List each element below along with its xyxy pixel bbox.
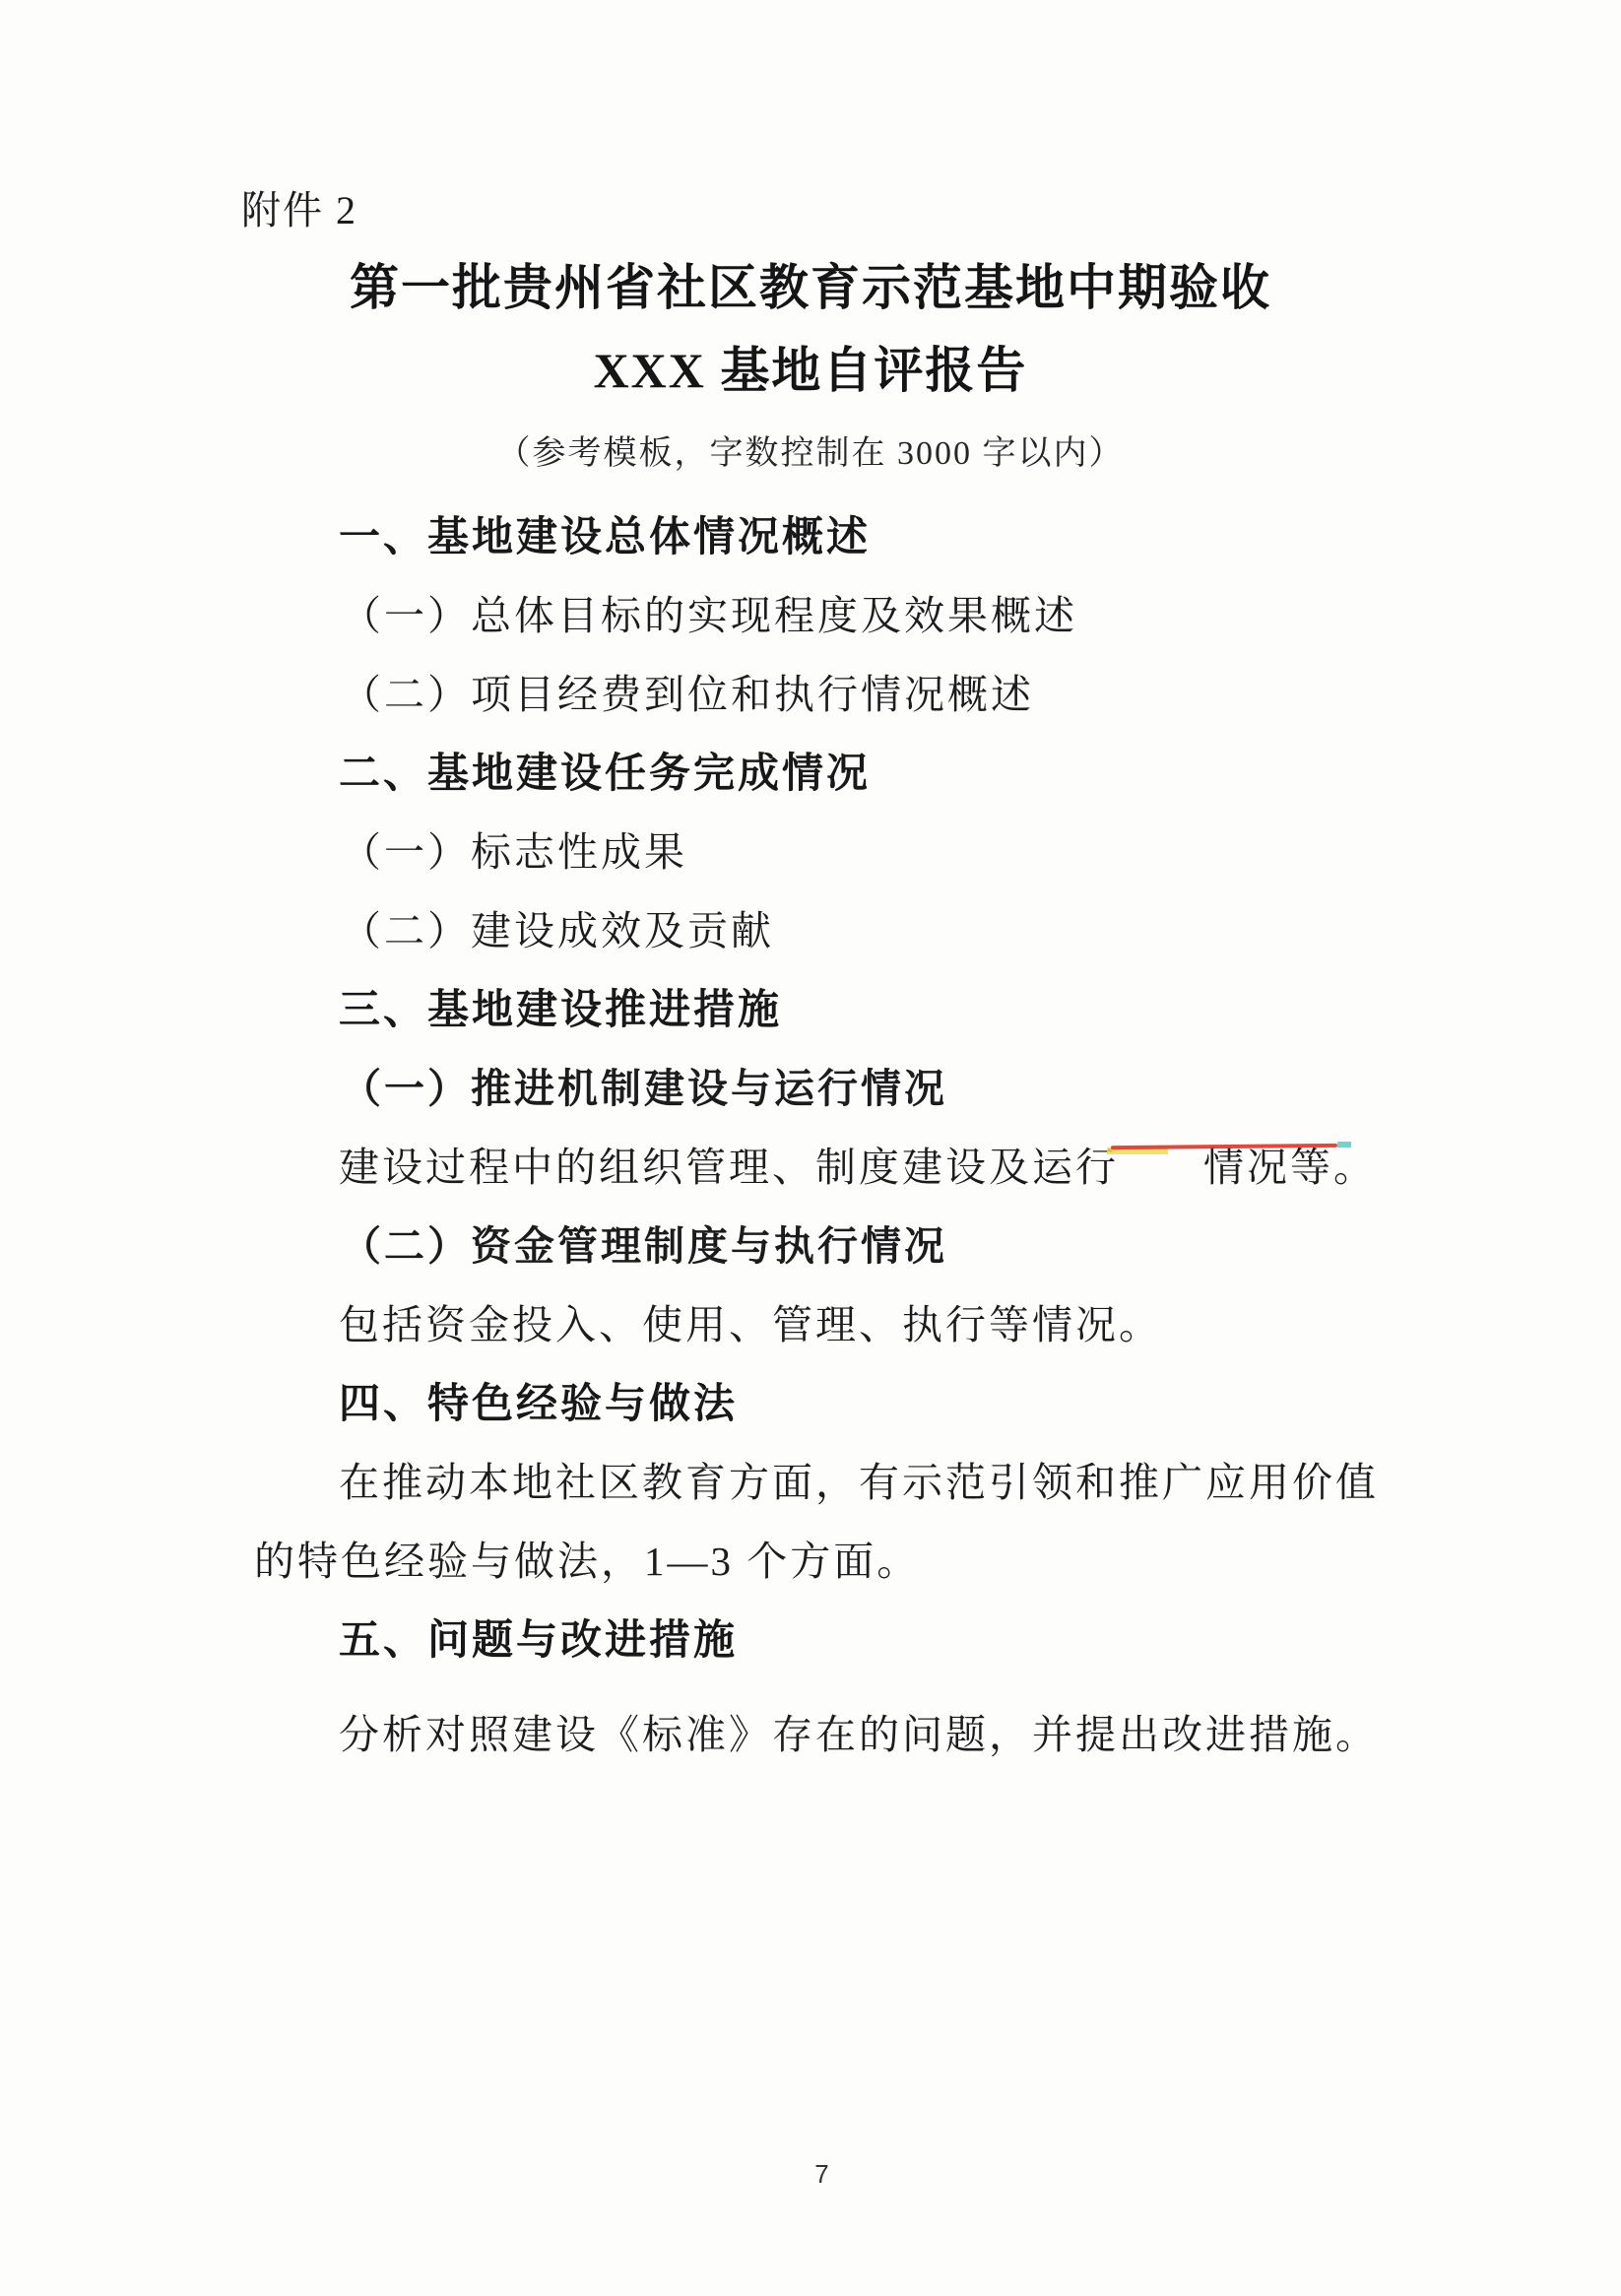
document-title-line2: XXX 基地自评报告 [0, 331, 1621, 402]
cyan-pen-mark [1337, 1142, 1351, 1148]
outline-line-text: 建设过程中的组织管理、制度建设及运行情况等。 [339, 1145, 1377, 1190]
outline-line: 的特色经验与做法，1—3 个方面。 [254, 1522, 1396, 1601]
outline-line-text: 四、特色经验与做法 [339, 1380, 738, 1426]
outline-line: 五、问题与改进措施 [339, 1601, 1396, 1679]
template-note: （参考模板，字数控制在 3000 字以内） [0, 426, 1621, 474]
outline-line-text: （二）建设成效及贡献 [341, 908, 774, 953]
outline-line-text: 包括资金投入、使用、管理、执行等情况。 [339, 1302, 1162, 1347]
red-pen-mark [1111, 1144, 1337, 1149]
outline-line-text: 在推动本地社区教育方面，有示范引领和推广应用价值 [339, 1460, 1379, 1505]
outline-line-text: 的特色经验与做法，1—3 个方面。 [254, 1539, 920, 1584]
document-title-line1: 第一批贵州省社区教育示范基地中期验收 [0, 248, 1621, 319]
outline-line: （二）建设成效及贡献 [341, 891, 1396, 970]
outline-line: 包括资金投入、使用、管理、执行等情况。 [254, 1285, 1396, 1364]
outline-line: 建设过程中的组织管理、制度建设及运行情况等。 [254, 1128, 1396, 1207]
attachment-label: 附件 2 [241, 179, 357, 235]
outline-line: （一）总体目标的实现程度及效果概述 [341, 576, 1396, 655]
outline-line-text: 五、问题与改进措施 [339, 1616, 738, 1663]
outline-line: 一、基地建设总体情况概述 [339, 497, 1396, 576]
outline-line: （一）推进机制建设与运行情况 [341, 1049, 1396, 1128]
outline-line: （一）标志性成果 [341, 813, 1396, 891]
outline-line: 二、基地建设任务完成情况 [339, 734, 1396, 813]
outline-line-text: （一）标志性成果 [341, 829, 687, 875]
outline-line-text: 二、基地建设任务完成情况 [339, 750, 871, 796]
outline-line-text: （一）总体目标的实现程度及效果概述 [341, 593, 1077, 638]
correction-mark-target: 情况等 [1119, 1128, 1333, 1207]
document-outline: 一、基地建设总体情况概述 （一）总体目标的实现程度及效果概述 （二）项目经费到位… [254, 497, 1396, 1774]
outline-line: （二）资金管理制度与执行情况 [341, 1207, 1396, 1285]
outline-line-text: （二）资金管理制度与执行情况 [341, 1223, 947, 1269]
outline-line-text: 一、基地建设总体情况概述 [339, 513, 871, 559]
outline-line-text: 三、基地建设推进措施 [339, 986, 782, 1032]
outline-line: 四、特色经验与做法 [339, 1364, 1396, 1443]
outline-line: 分析对照建设《标准》存在的问题，并提出改进措施。 [254, 1695, 1396, 1774]
outline-line: 三、基地建设推进措施 [339, 970, 1396, 1049]
outline-line-text: 分析对照建设《标准》存在的问题，并提出改进措施。 [339, 1712, 1379, 1757]
outline-line: 在推动本地社区教育方面，有示范引领和推广应用价值 [254, 1443, 1396, 1522]
outline-line-text: （一）推进机制建设与运行情况 [341, 1066, 947, 1111]
outline-line: （二）项目经费到位和执行情况概述 [341, 655, 1396, 734]
page-number: 7 [12, 2159, 1621, 2190]
outline-line-text: （二）项目经费到位和执行情况概述 [341, 672, 1034, 717]
scanned-document-page: 附件 2 第一批贵州省社区教育示范基地中期验收 XXX 基地自评报告 （参考模板… [0, 0, 1621, 2296]
